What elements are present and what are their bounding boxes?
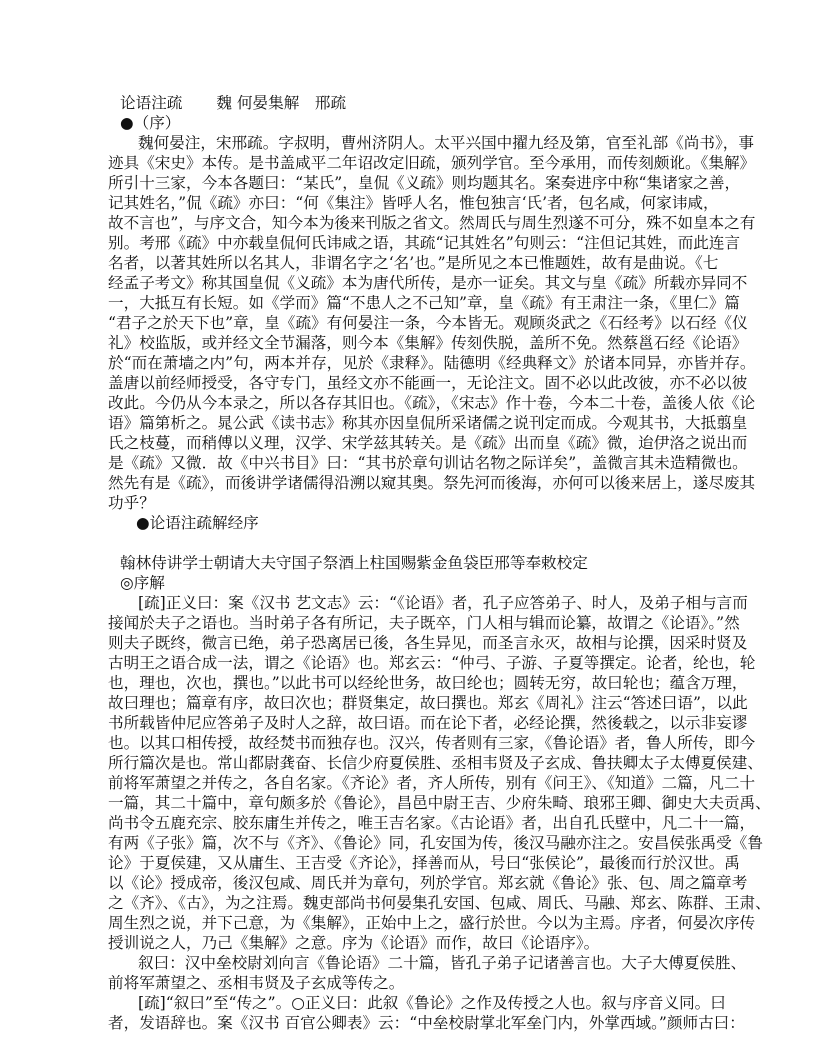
preface-marker: ●（序） (108, 113, 708, 133)
book-authors: 魏 何晏集解 邢疏 (216, 94, 346, 112)
book-title: 论语注疏 (120, 94, 182, 112)
text-line: 则夫子既终，微言已绝，弟子恐离居已後，各生异见，而圣言永灭，故相与论撰，因采时贤… (108, 633, 708, 653)
text-line: 也。以其口相传授，故经焚书而独存也。汉兴，传者则有三家，《鲁论语》者，鲁人所传，… (108, 733, 708, 753)
text-line: 盖唐以前经师授受，各守专门，虽经文亦不能画一，无论注文。固不必以此改彼，亦不必以… (108, 373, 708, 393)
text-line: 所引十三家，今本各题曰：“某氏”，皇侃《义疏》则均题其名。案奏进序中称“集诸家之… (108, 173, 708, 193)
text-line: 古明王之语合成一法，谓之《论语》也。郑玄云：“仲弓、子游、子夏等撰定。论者，纶也… (108, 653, 708, 673)
text-line: 一，大抵互有长短。如《学而》篇“不患人之不己知”章，皇《疏》有王肃注一条，《里仁… (108, 293, 708, 313)
text-line: 之《齐》、《古》，为之注焉。魏吏部尚书何晏集孔安国、包咸、周氏、马融、郑玄、陈群… (108, 893, 708, 913)
text-line: 功乎？ (108, 493, 708, 513)
section-heading: ●论语注疏解经序 (108, 513, 708, 533)
text-line: 授训说之人，乃己《集解》之意。序为《论语》而作，故曰《论语序》。 (108, 933, 708, 953)
text-line: 然先有是《疏》，而後讲学诸儒得沿溯以窥其奥。祭先河而後海，亦何可以後来居上，遂尽… (108, 473, 708, 493)
byline: 翰林侍讲学士朝请大夫守国子祭酒上柱国赐紫金鱼袋臣邢等奉敕校定 (108, 553, 708, 573)
commentary-paragraph-2: [疏]“叙曰”至“传之”。○正义曰：此叙《鲁论》之作及传授之人也。叙与序音义同。… (108, 993, 708, 1033)
text-line: 名者，以著其姓所以名其人，非谓名字之‘名’也。”是所见之本已惟题姓，故有是曲说。… (108, 253, 708, 273)
blank-line (108, 533, 708, 553)
text-line: 周生烈之说，并下己意，为《集解》，正始中上之，盛行於世。今以为主焉。序者，何晏次… (108, 913, 708, 933)
text-line: 氏之枝蔓，而稍傅以义理，汉学、宋学兹其转关。是《疏》出而皇《疏》微，迨伊洛之说出… (108, 433, 708, 453)
text-line: [疏]正义曰：案《汉书 艺文志》云：“《论语》者，孔子应答弟子、时人，及弟子相与… (108, 593, 708, 613)
text-line: 论》于夏侯建，又从庸生、王吉受《齐论》，择善而从，号曰“张侯论”，最後而行於汉世… (108, 853, 708, 873)
text-line: 书所载皆仲尼应答弟子及时人之辞，故曰语。而在论下者，必经论撰，然後载之，以示非妄… (108, 713, 708, 733)
text-line: 故曰理也；篇章有序，故曰次也；群贤集定，故曰撰也。郑玄《周礼》注云“答述曰语”，… (108, 693, 708, 713)
text-line: 经孟子考文》称其国皇侃《义疏》本为唐代所传，是亦一证矣。其文与皇《疏》所载亦异同… (108, 273, 708, 293)
text-line: 是《疏》又微．故《中兴书目》曰：“其书於章句训诂名物之际详矣”，盖微言其未造精微… (108, 453, 708, 473)
text-line: 别。考邢《疏》中亦载皇侃何氏讳咸之语，其疏“记其姓名”句则云：“注但记其姓，而此… (108, 233, 708, 253)
text-line: 前将军萧望之并传之，各自名家。《齐论》者，齐人所传，别有《问王》、《知道》二篇，… (108, 773, 708, 793)
subsection-heading: ◎序解 (108, 573, 708, 593)
text-line: 於“而在萧墙之内”句，两本并存，见於《隶释》。陆德明《经典释文》於诸本同异，亦皆… (108, 353, 708, 373)
text-line: 改此。今仍从今本录之，所以各存其旧也。《疏》，《宋志》作十卷，今本二十卷，盖後人… (108, 393, 708, 413)
text-line: “君子之於天下也”章，皇《疏》有何晏注一条，今本皆无。观顾炎武之《石经考》以石经… (108, 313, 708, 333)
preface-text-paragraph: 叙曰：汉中垒校尉刘向言《鲁论语》二十篇，皆孔子弟子记诸善言也。大子大傅夏侯胜、前… (108, 953, 708, 993)
text-line: 接闻於夫子之语也。当时弟子各有所记，夫子既卒，门人相与辑而论纂，故谓之《论语》。… (108, 613, 708, 633)
text-line: 魏何晏注，宋邢疏。字叔明，曹州济阴人。太平兴国中擢九经及第，官至礼部《尚书》，事 (108, 133, 708, 153)
text-line: [疏]“叙曰”至“传之”。○正义曰：此叙《鲁论》之作及传授之人也。叙与序音义同。… (108, 993, 708, 1013)
text-line: 语》篇第析之。晁公武《读书志》称其亦因皇侃所采诸儒之说刊定而成。今观其书，大抵翦… (108, 413, 708, 433)
text-line: 也，理也，次也，撰也。”以此书可以经纶世务，故曰纶也；圆转无穷，故曰轮也；蕴含万… (108, 673, 708, 693)
text-line: 一篇，其二十篇中，章句颇多於《鲁论》，昌邑中尉王吉、少府朱畸、琅邪王卿、御史大夫… (108, 793, 708, 813)
document-page: 论语注疏魏 何晏集解 邢疏 ●（序） 魏何晏注，宋邢疏。字叔明，曹州济阴人。太平… (108, 93, 708, 1033)
text-line: 叙曰：汉中垒校尉刘向言《鲁论语》二十篇，皆孔子弟子记诸善言也。大子大傅夏侯胜、 (108, 953, 708, 973)
text-line: 尚书令五鹿充宗、胶东庸生并传之，唯王吉名家。《古论语》者，出自孔氏壁中，凡二十一… (108, 813, 708, 833)
text-line: 故不言也”，与序文合，知今本为後来刊版之省文。然周氏与周生烈遂不可分，殊不如皇本… (108, 213, 708, 233)
preface-paragraph: 魏何晏注，宋邢疏。字叔明，曹州济阴人。太平兴国中擢九经及第，官至礼部《尚书》，事… (108, 133, 708, 513)
text-line: 迹具《宋史》本传。是书盖咸平二年诏改定旧疏，颁列学官。至今承用，而传刻颇讹。《集… (108, 153, 708, 173)
text-line: 以《论》授成帝，後汉包咸、周氏并为章句，列於学官。郑玄就《鲁论》张、包、周之篇章… (108, 873, 708, 893)
text-line: 前将军萧望之、丞相韦贤及子玄成等传之。 (108, 973, 708, 993)
text-line: 记其姓名，”侃《疏》亦曰：“何《集注》皆呼人名，惟包独言‘氏’者，包名咸，何家讳… (108, 193, 708, 213)
book-title-line: 论语注疏魏 何晏集解 邢疏 (108, 93, 708, 113)
text-line: 有两《子张》篇，次不与《齐》、《鲁论》同，孔安国为传，後汉马融亦注之。安昌侯张禹… (108, 833, 708, 853)
text-line: 礼》校监版，或并经文全节漏落，则今本《集解》传刻佚脱，盖所不免。然蔡邕石经《论语… (108, 333, 708, 353)
text-line: 所行篇次是也。常山都尉龚奋、长信少府夏侯胜、丞相韦贤及子玄成、鲁扶卿太子太傅夏侯… (108, 753, 708, 773)
text-line: 者，发语辞也。案《汉书 百官公卿表》云：“中垒校尉掌北军垒门内，外掌西域。”颜师… (108, 1013, 708, 1033)
commentary-paragraph: [疏]正义曰：案《汉书 艺文志》云：“《论语》者，孔子应答弟子、时人，及弟子相与… (108, 593, 708, 953)
